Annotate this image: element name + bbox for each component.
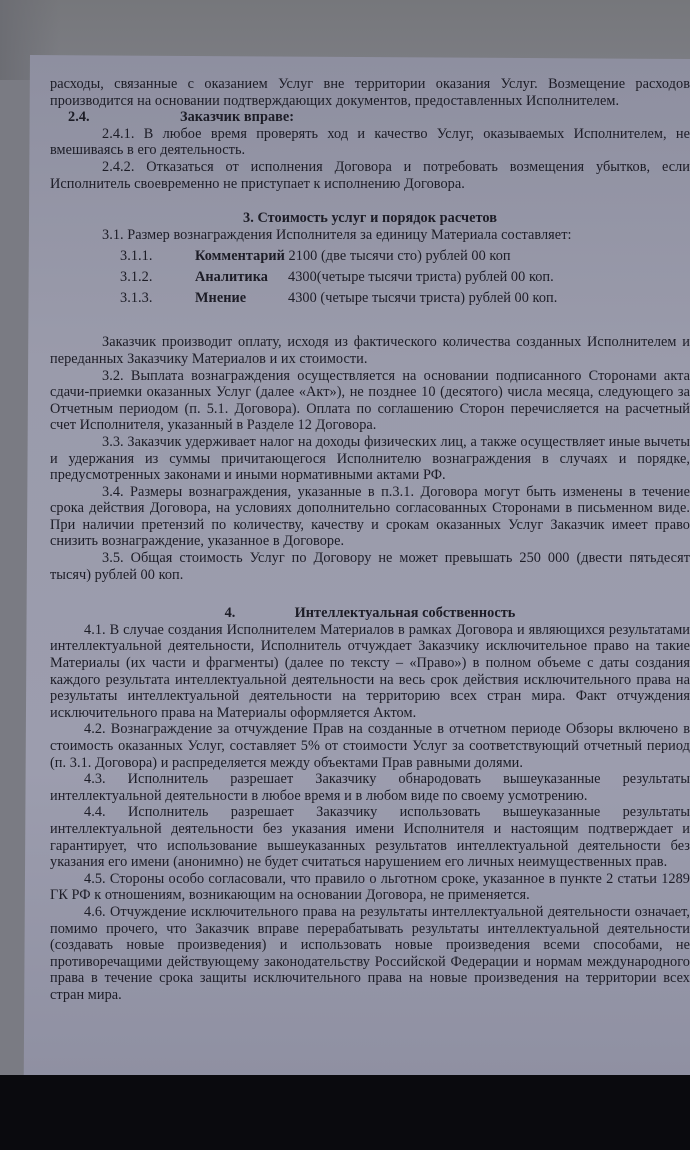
clause-title: Заказчик вправе:: [180, 109, 294, 126]
price-row: 3.1.1. Комментарий 2100 (две тысячи сто)…: [50, 245, 690, 266]
price-name: Мнение: [195, 290, 288, 307]
price-row: 3.1.3. Мнение 4300 (четыре тысячи триста…: [50, 287, 690, 308]
clause-4-1: 4.1. В случае создания Исполнителем Мате…: [50, 622, 690, 722]
section-title: Интеллектуальная собственность: [295, 605, 516, 621]
price-value: 4300 (четыре тысячи триста) рублей 00 ко…: [288, 290, 557, 307]
clause-3-4: 3.4. Размеры вознаграждения, указанные в…: [50, 484, 690, 550]
price-number: 3.1.1.: [120, 248, 195, 265]
price-row: 3.1.2. Аналитика 4300(четыре тысячи трис…: [50, 266, 690, 287]
clause-2-4-heading: 2.4. Заказчик вправе:: [50, 109, 690, 126]
clause-4-3: 4.3. Исполнитель разрешает Заказчику обн…: [50, 771, 690, 804]
clause-3-2: 3.2. Выплата вознаграждения осуществляет…: [50, 368, 690, 434]
clause-4-6: 4.6. Отчуждение исключительного права на…: [50, 904, 690, 1004]
clause-number: 2.4.: [68, 109, 180, 126]
clause-3-1: 3.1. Размер вознаграждения Исполнителя з…: [50, 227, 690, 244]
price-number: 3.1.2.: [120, 269, 195, 286]
price-name: Аналитика: [195, 269, 288, 286]
document-page: расходы, связанные с оказанием Услуг вне…: [50, 76, 690, 1004]
price-value: 2100 (две тысячи сто) рублей 00 коп: [285, 248, 511, 265]
intro-paragraph: расходы, связанные с оказанием Услуг вне…: [50, 76, 690, 109]
background-wall: [0, 0, 690, 60]
payment-paragraph: Заказчик производит оплату, исходя из фа…: [50, 334, 690, 367]
price-number: 3.1.3.: [120, 290, 195, 307]
section-3-title: 3. Стоимость услуг и порядок расчетов: [50, 210, 690, 227]
clause-2-4-2: 2.4.2. Отказаться от исполнения Договора…: [50, 159, 690, 192]
section-number: 4.: [225, 605, 295, 622]
clause-4-5: 4.5. Стороны особо согласовали, что прав…: [50, 871, 690, 904]
price-name: Комментарий: [195, 248, 285, 265]
clause-3-5: 3.5. Общая стоимость Услуг по Договору н…: [50, 550, 690, 583]
clause-3-3: 3.3. Заказчик удерживает налог на доходы…: [50, 434, 690, 484]
spacer: [50, 308, 690, 334]
clause-4-2: 4.2. Вознаграждение за отчуждение Прав н…: [50, 721, 690, 771]
section-4-title: 4.Интеллектуальная собственность: [50, 605, 690, 622]
clause-2-4-1: 2.4.1. В любое время проверять ход и кач…: [50, 126, 690, 159]
clause-4-4: 4.4. Исполнитель разрешает Заказчику исп…: [50, 804, 690, 870]
dark-surface: [0, 1075, 690, 1150]
price-value: 4300(четыре тысячи триста) рублей 00 коп…: [288, 269, 554, 286]
